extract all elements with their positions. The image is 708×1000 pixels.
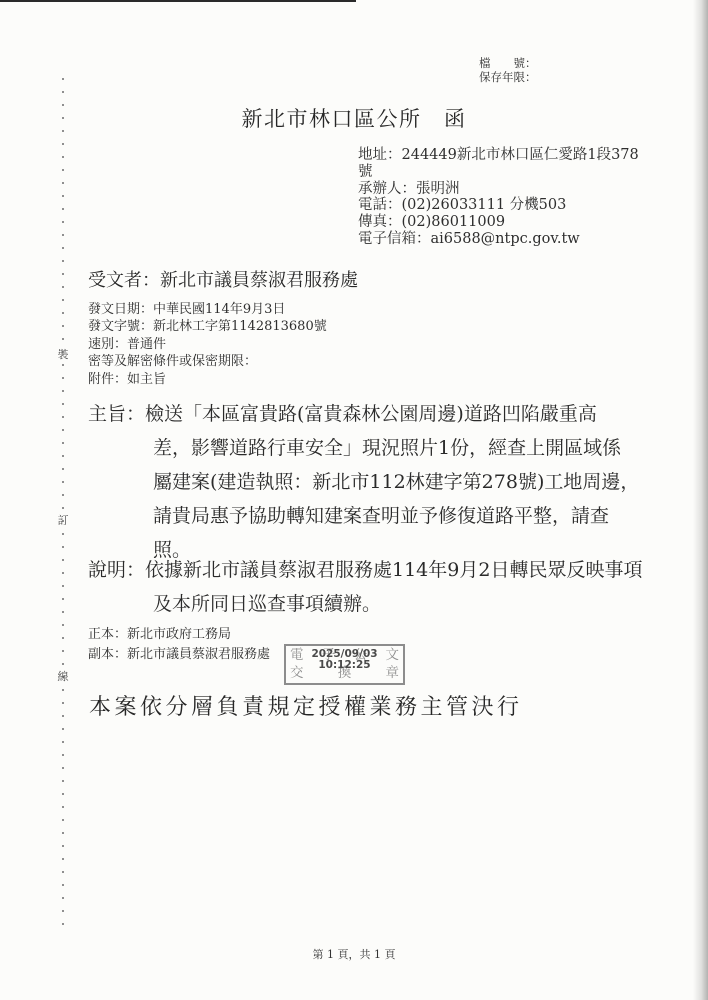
subject-line-3: 屬建案(建造執照：新北市112林建字第278號)工地周邊， (153, 465, 639, 499)
document-meta-block: 發文日期：中華民國114年9月3日 發文字號：新北林工字第1142813680號… (88, 301, 327, 388)
archive-header: 檔 號：保存年限： (479, 57, 537, 84)
recipient-line: 受文者：新北市議員蔡淑君服務處 (88, 266, 358, 292)
sender-address-line1: 地址：244449新北市林口區仁愛路1段378 (358, 147, 639, 164)
binding-mark-zhuang: 裝 (54, 346, 72, 362)
document-title: 新北市林口區公所 函 (0, 103, 708, 133)
attachment-line: 附件：如主旨 (88, 371, 327, 388)
scan-artifact-right-shadow (693, 0, 708, 1000)
page-number-footer: 第 1 頁，共 1 頁 (0, 946, 708, 962)
description-paragraph: 說明：依據新北市議員蔡淑君服務處114年9月2日轉民眾反映事項 及本所同日巡查事… (88, 553, 642, 621)
binding-mark-ding: 訂 (54, 512, 72, 528)
issue-date-line: 發文日期：中華民國114年9月3日 (88, 301, 327, 318)
speed-class-line: 速別：普通件 (88, 336, 327, 353)
delegation-decision-line: 本案依分層負責規定授權業務主管決行 (89, 690, 523, 721)
sender-info-block: 地址：244449新北市林口區仁愛路1段378 號 承辦人：張明洲 電話：(02… (358, 147, 639, 248)
sender-phone: 電話：(02)26033111 分機503 (358, 197, 639, 214)
subject-line-2: 差，影響道路行車安全」現況照片1份，經查上開區域係 (153, 431, 639, 465)
sender-fax: 傳真：(02)86011009 (358, 214, 639, 231)
sender-email: 電子信箱：ai6588@ntpc.gov.tw (358, 231, 639, 248)
stamp-datetime: 2025/09/0310:12:25 (286, 649, 403, 671)
copies-block: 正本：新北市政府工務局 副本：新北市議員蔡淑君服務處 (88, 625, 270, 664)
sender-contact-person: 承辦人：張明洲 (358, 181, 639, 198)
original-copy-line: 正本：新北市政府工務局 (88, 625, 270, 645)
subject-line-1: 主旨：檢送「本區富貴路(富貴森林公園周邊)道路凹陷嚴重高 (88, 397, 639, 431)
security-class-line: 密等及解密條件或保密期限： (88, 353, 327, 370)
binding-dashed-line (62, 78, 64, 936)
subject-line-4: 請貴局惠予協助轉知建案查明並予修復道路平整，請查 (153, 499, 639, 533)
subject-paragraph: 主旨：檢送「本區富貴路(富貴森林公園周邊)道路凹陷嚴重高 差，影響道路行車安全」… (88, 397, 639, 567)
archive-no-label: 檔 號： (479, 56, 537, 70)
scanned-official-letter: 檔 號：保存年限： 新北市林口區公所 函 地址：244449新北市林口區仁愛路1… (0, 0, 708, 1000)
scan-artifact-top-line (0, 0, 356, 2)
binding-mark-xian: 線 (54, 668, 72, 684)
issue-number-line: 發文字號：新北林工字第1142813680號 (88, 318, 327, 335)
stamp-time: 10:12:25 (318, 659, 370, 671)
sender-address-line2: 號 (358, 164, 639, 181)
description-line-2: 及本所同日巡查事項續辦。 (153, 587, 642, 621)
electronic-exchange-stamp: 電子公文 交換章 2025/09/0310:12:25 (284, 644, 405, 685)
carbon-copy-line: 副本：新北市議員蔡淑君服務處 (88, 645, 270, 665)
retention-label: 保存年限： (479, 70, 537, 84)
description-line-1: 說明：依據新北市議員蔡淑君服務處114年9月2日轉民眾反映事項 (88, 553, 642, 587)
